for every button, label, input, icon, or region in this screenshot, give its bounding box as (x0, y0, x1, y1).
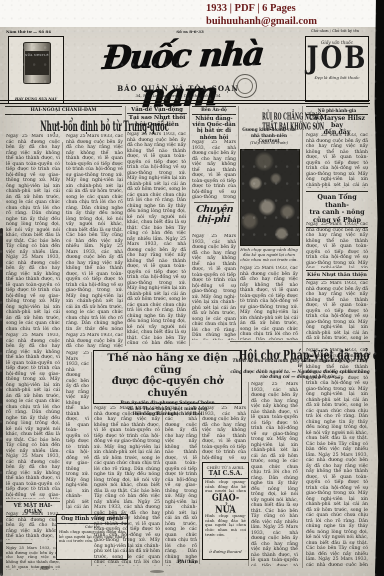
feature-subtitle-1: Gương kinh-doanh của (240, 127, 298, 132)
archive-overlay: 1933 | PDF | 6 Pages buihuuhanh@gmail.co… (206, 2, 317, 28)
section-rule (194, 202, 234, 203)
body-text: Ngày 25 Mars 1933, các nhà đương cuộc bê… (6, 134, 60, 330)
body-text: Ngày 25 Mars 1933, các nhà đương cuộc bê… (127, 132, 186, 344)
photo-caption: Hình chụp quang-cảnh đông đảo kẻ qua ngư… (238, 247, 300, 264)
body-text: Ngày 25 Mars 1933, các nhà đương cuộc bê… (94, 406, 160, 566)
india-kicker: Bên Ấn-độ (192, 106, 236, 115)
body-text: Ngày 25 Mars 1933, các nhà đương cuộc bê… (6, 333, 60, 499)
body-text: Ngày 25 Mars 1933, các nhà đương cuộc bê… (192, 140, 236, 200)
milk-can-label: SỮA NESTLÉ (25, 51, 49, 75)
body-text: Ngày 25 Mars 1933, các nhà đương cuộc bê… (6, 512, 60, 540)
job-ad-bottom-text: Đẹp là đóng bót thuốc (306, 75, 368, 80)
article-photo (240, 149, 300, 246)
scan-top-margin (0, 0, 384, 27)
scan-edge-right (371, 0, 384, 576)
body-text: Ngày 25 Mars 1933, các nhà đương cuộc bê… (306, 281, 368, 341)
body-text: Ngày 25 Mars 1933, các nhà đương cuộc bê… (66, 134, 123, 330)
section-rule (230, 341, 370, 342)
cinema-ad-title: GIAO-NỬA (203, 491, 248, 515)
tram-headline: Thế nào hãng xe điện cũng được độc-quyền… (94, 353, 241, 399)
chuyen-heading: Chuyện thị-phi (189, 205, 239, 226)
postal-stamp (233, 74, 257, 98)
china-headline: Nhựt-bổn định bỏ từ Trung-quốc (4, 115, 123, 132)
column-rule (125, 106, 126, 346)
india-headline: Nhiều đảng-viên Quốc-dân bị bắt ức đi nh… (192, 116, 236, 141)
column-rule (302, 106, 303, 568)
body-text: Ngày 25 Mars 1933, các nhà đương cuộc bê… (165, 406, 197, 566)
column-rule (238, 106, 239, 340)
column-rule (199, 406, 200, 564)
body-text: Ngày 25 Mars 1933, các nhà đương cuộc bê… (306, 133, 368, 188)
kieu-subhead: Kiều Nhựt thân thiện (306, 270, 368, 280)
newspaper-scan-page: 1933 | PDF | 6 Pages buihuuhanh@gmail.co… (0, 0, 384, 576)
column-rule (62, 142, 63, 510)
job-brand-logo: JOB (307, 42, 368, 75)
cinema-ad-footer: ở đường Bonard (203, 549, 248, 554)
body-text: Ngày 25 Mars 1933, các nhà đương cuộc bê… (66, 333, 123, 348)
edition-left: Năm thứ tư — Số 84 (6, 29, 86, 34)
footnote-text: Ngày 25 Mars 1933, các nhà đương cuộc bê… (6, 546, 60, 570)
japan-headline: Tại sao Nhựt thối hội Quốc-liên (127, 115, 187, 128)
job-ad-box: Giấy vấn thuốc JOB Đẹp là đóng bót thuốc (305, 36, 369, 102)
feature-note: (Tiếp theo số trước) (240, 140, 298, 145)
cinema-ad-smalltext: Hình chụp quang-cảnh đông đảo kẻ qua ngư… (205, 514, 246, 548)
cinema-ad-box: CHIẾU TỪ 5 AVRIL TẠI C.S.A. Hình chụp qu… (202, 462, 249, 560)
aviator-kicker: Nữ phi-hành-gia (306, 106, 368, 115)
newspaper-title: Đuốc nhà nam (60, 33, 305, 91)
scan-smudge (150, 570, 164, 573)
body-text: Ngày 25 Mars 1933, các nhà đương cuộc bê… (306, 222, 368, 268)
column-rule (162, 406, 163, 566)
body-text: Ngày 25 Mars 1933, các nhà đương cuộc bê… (66, 351, 89, 509)
body-text: Ngày 25 Mars 1933, các nhà đương cuộc bê… (192, 234, 236, 340)
feature-headline-2: THẤT BẠI KHÔNG SỜN (240, 114, 298, 125)
archive-email-text: buihuuhanh@gmail.com (206, 15, 317, 28)
milk-can-image: SỮA NESTLÉ (23, 42, 51, 84)
archive-info-text: 1933 | PDF | 6 Pages (206, 2, 317, 15)
article-signature: Phi Vân (160, 559, 198, 565)
scan-smudge (40, 566, 50, 570)
masthead-divider (0, 100, 370, 104)
column-rule (189, 106, 190, 346)
publisher-note: Chủ-nhơn / Chủ-bút ký tên (303, 29, 367, 33)
footnote-rule (6, 543, 32, 544)
section-kicker: HẢI-NGOẠI CHÁNH-ĐÀM (5, 106, 122, 115)
body-text: Ngày 25 Mars 1933, các nhà đương cuộc bê… (240, 266, 298, 340)
nestle-ad-box: SỮA NESTLÉ HÃY DÙNG SỮA NẦY (8, 36, 64, 104)
japan-kicker: Vấn-đề Vận-động (127, 107, 187, 114)
edition-center: Số ra 8-6-33 (150, 29, 230, 34)
body-text: Ngày 25 Mars 1933, các nhà đương cuộc bê… (202, 406, 246, 460)
scan-edge-left (0, 228, 3, 576)
tram-headline-box: Thế nào hãng xe điện cũng được độc-quyền… (93, 350, 242, 404)
cinema-ad-venue: TẠI C.S.A. (203, 470, 248, 479)
body-text: Ngày 25 Mars 1933, các nhà đương cuộc bê… (251, 382, 298, 566)
body-text: Ngày 25 Mars 1933, các nhà đương cuộc bê… (306, 348, 368, 566)
